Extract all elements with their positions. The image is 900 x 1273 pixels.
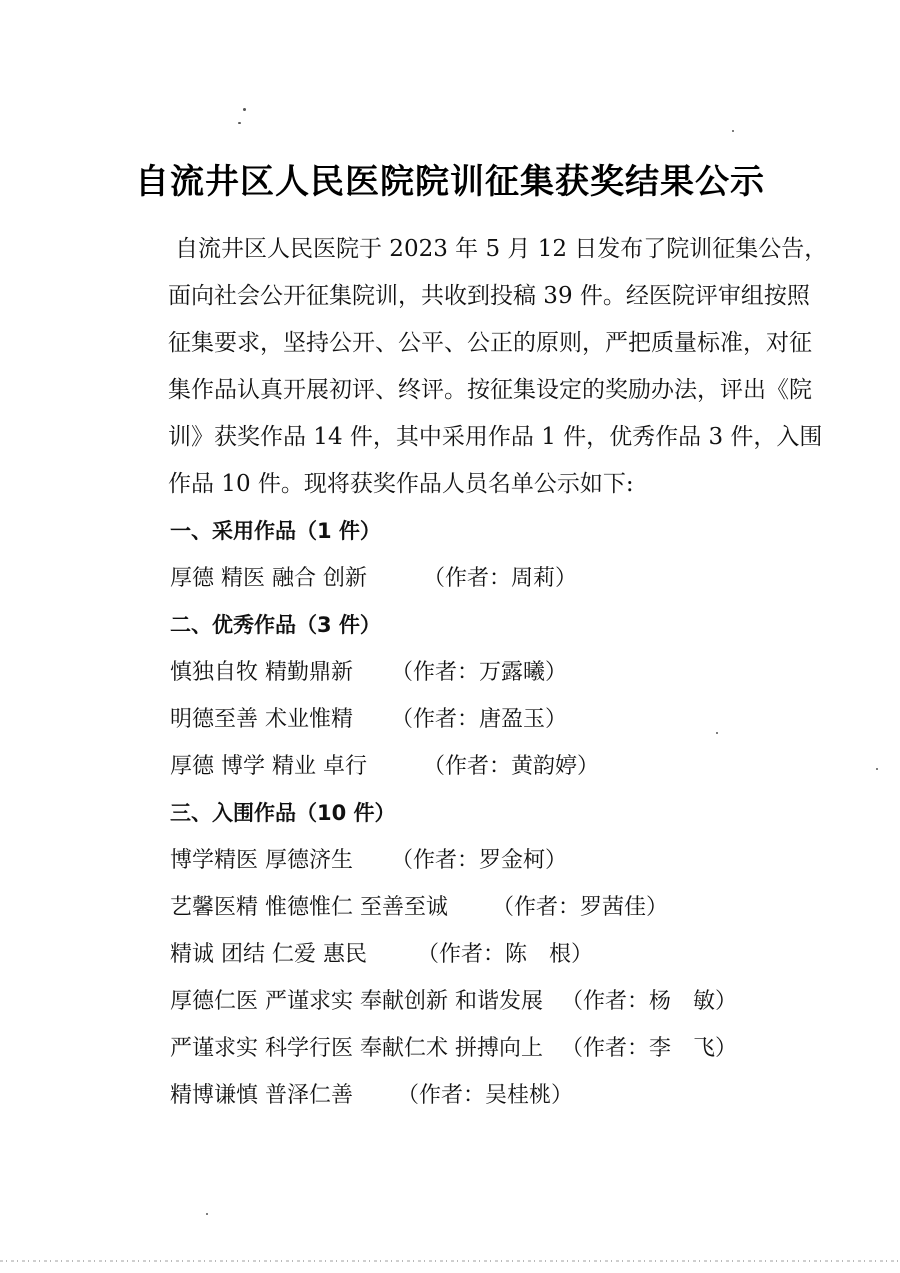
entry-author: （作者：李 飞） (561, 1025, 737, 1072)
entry-author: （作者：杨 敏） (561, 978, 737, 1025)
award-entry: 博学精医 厚德济生（作者：罗金柯） (170, 837, 820, 884)
intro-line: 征集要求，坚持公开、公平、公正的原则，严把质量标准，对征 (168, 320, 798, 367)
scan-speck (732, 130, 734, 132)
entry-motto: 慎独自牧 精勤鼎新 (170, 649, 353, 696)
entry-motto: 严谨求实 科学行医 奉献仁术 拼搏向上 (170, 1025, 543, 1072)
award-entry: 精博谦慎 普泽仁善（作者：吴桂桃） (170, 1072, 820, 1119)
document-page: 自流井区人民医院院训征集获奖结果公示 自流井区人民医院于 2023 年 5 月 … (0, 0, 900, 1273)
intro-line: 集作品认真开展初评、终评。按征集设定的奖励办法，评出《院 (168, 367, 798, 414)
section-heading-shortlisted: 三、入围作品（10 件） (170, 790, 820, 837)
award-entry: 精诚 团结 仁爱 惠民（作者：陈 根） (170, 931, 820, 978)
entry-motto: 精博谦慎 普泽仁善 (170, 1072, 353, 1119)
entry-motto: 博学精医 厚德济生 (170, 837, 353, 884)
entry-motto: 精诚 团结 仁爱 惠民 (170, 931, 367, 978)
scan-edge-line (0, 1260, 900, 1262)
entry-author: （作者：万露曦） (391, 649, 567, 696)
intro-line: 面向社会公开征集院训，共收到投稿 39 件。经医院评审组按照 (168, 273, 798, 320)
entry-motto: 明德至善 术业惟精 (170, 696, 353, 743)
entry-motto: 厚德仁医 严谨求实 奉献创新 和谐发展 (170, 978, 543, 1025)
award-entry: 慎独自牧 精勤鼎新（作者：万露曦） (170, 649, 820, 696)
entry-author: （作者：吴桂桃） (397, 1072, 573, 1119)
award-entry: 厚德 精医 融合 创新（作者：周莉） (170, 555, 820, 602)
scan-speck (206, 1213, 208, 1215)
entry-author: （作者：陈 根） (417, 931, 593, 978)
scan-speck (243, 108, 246, 111)
award-entry: 明德至善 术业惟精（作者：唐盈玉） (170, 696, 820, 743)
intro-line: 训》获奖作品 14 件，其中采用作品 1 件，优秀作品 3 件，入围 (168, 414, 798, 461)
scan-speck (876, 768, 878, 770)
entry-author: （作者：黄韵婷） (423, 743, 599, 790)
award-entry: 艺馨医精 惟德惟仁 至善至诚（作者：罗茜佳） (170, 884, 820, 931)
scan-speck (238, 122, 241, 124)
intro-paragraph: 自流井区人民医院于 2023 年 5 月 12 日发布了院训征集公告， 面向社会… (168, 226, 798, 508)
award-entry: 厚德仁医 严谨求实 奉献创新 和谐发展（作者：杨 敏） (170, 978, 820, 1025)
entry-motto: 厚德 博学 精业 卓行 (170, 743, 367, 790)
entry-author: （作者：罗茜佳） (492, 884, 668, 931)
intro-line: 作品 10 件。现将获奖作品人员名单公示如下: (168, 461, 798, 508)
award-entry: 严谨求实 科学行医 奉献仁术 拼搏向上（作者：李 飞） (170, 1025, 820, 1072)
entry-author: （作者：唐盈玉） (391, 696, 567, 743)
award-entry: 厚德 博学 精业 卓行（作者：黄韵婷） (170, 743, 820, 790)
entry-motto: 厚德 精医 融合 创新 (170, 555, 367, 602)
entry-author: （作者：罗金柯） (391, 837, 567, 884)
document-title: 自流井区人民医院院训征集获奖结果公示 (0, 160, 900, 204)
award-list: 一、采用作品（1 件） 厚德 精医 融合 创新（作者：周莉） 二、优秀作品（3 … (170, 508, 820, 1119)
section-heading-adopted: 一、采用作品（1 件） (170, 508, 820, 555)
section-heading-excellent: 二、优秀作品（3 件） (170, 602, 820, 649)
intro-line: 自流井区人民医院于 2023 年 5 月 12 日发布了院训征集公告， (168, 226, 798, 273)
entry-author: （作者：周莉） (423, 555, 577, 602)
entry-motto: 艺馨医精 惟德惟仁 至善至诚 (170, 884, 448, 931)
